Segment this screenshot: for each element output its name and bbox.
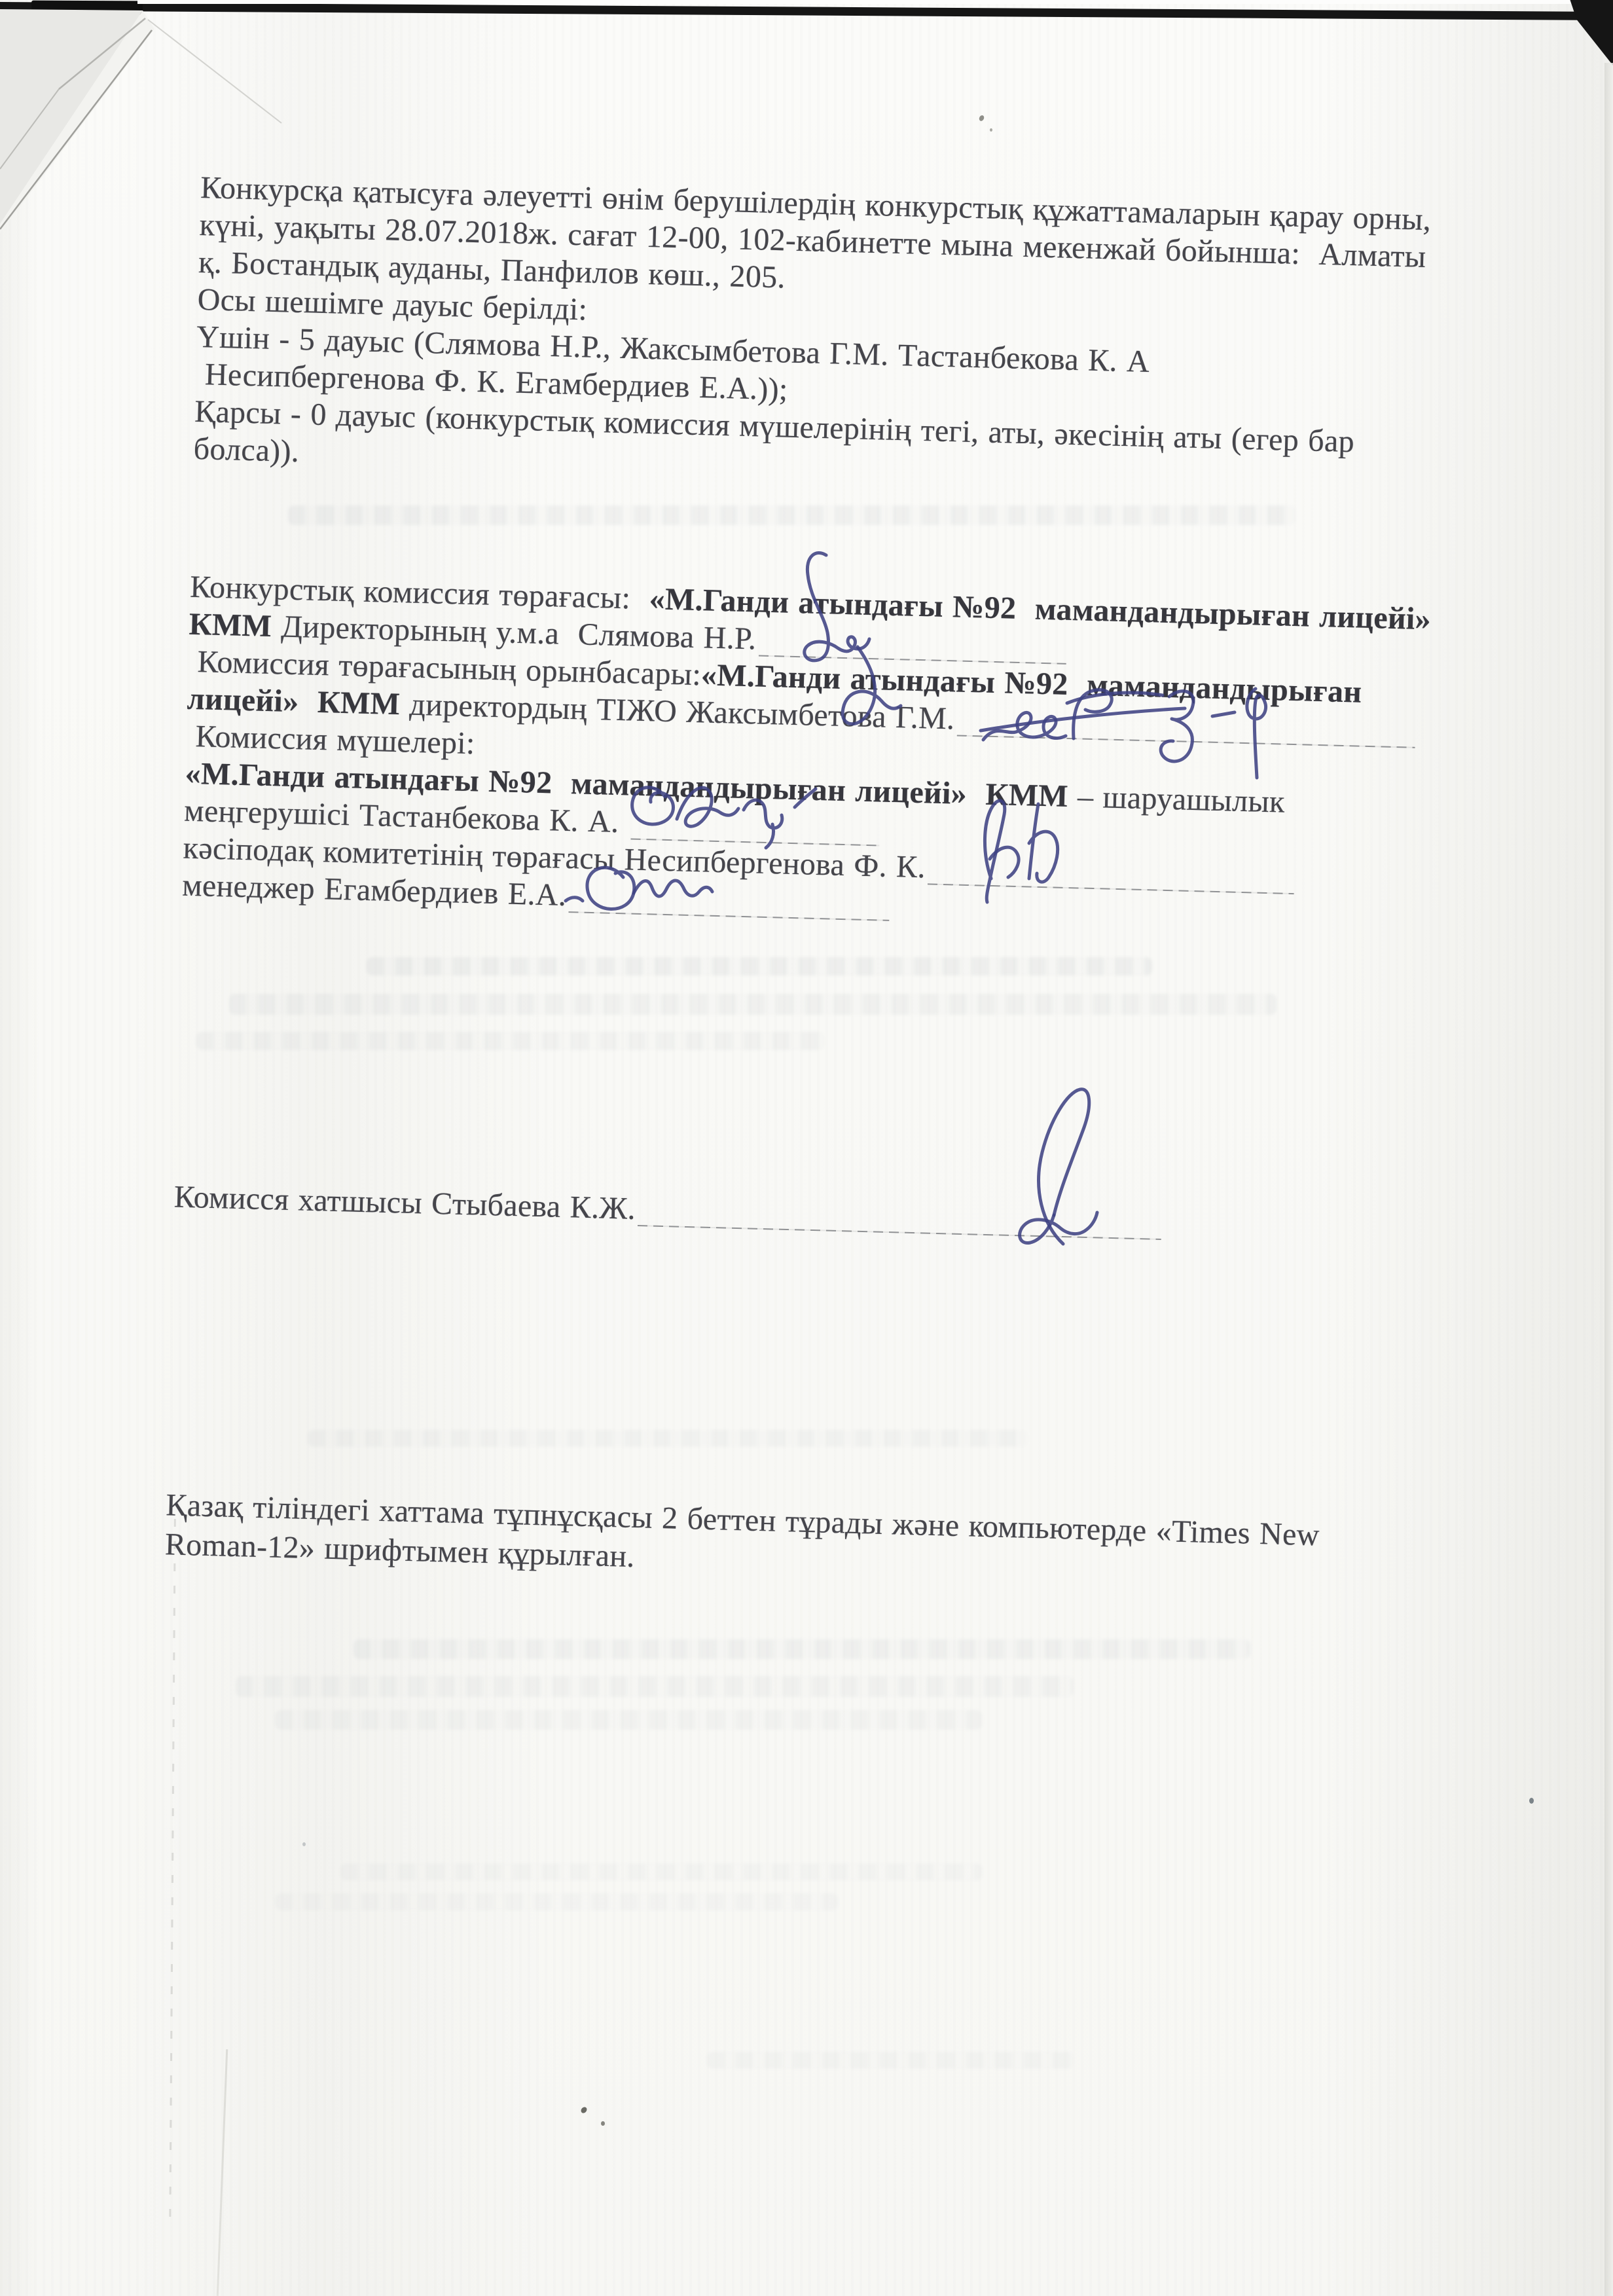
scan-right-edge-strip	[1604, 63, 1613, 2296]
paragraph-intro: Конкурсқа қатысуға әлеуетті өнім берушіл…	[193, 169, 1568, 503]
scan-speck	[601, 2121, 605, 2126]
text-run: менеджер Егамбердиев Е.А.	[182, 868, 567, 913]
bleed-through-band	[236, 1676, 1074, 1697]
bleed-through-band	[275, 1710, 982, 1730]
text-run-bold: лицейі» КММ	[187, 682, 401, 722]
bleed-through-band	[275, 1893, 838, 1910]
signature-stybaeva	[957, 1079, 1153, 1262]
scan-speck	[990, 128, 992, 132]
scanned-document-page: Конкурсқа қатысуға әлеуетті өнім берушіл…	[0, 0, 1613, 2296]
signature-egamberdiev	[560, 837, 731, 935]
signature-slyamova	[766, 549, 962, 784]
scan-speck	[1529, 1798, 1534, 1804]
secretary-line: Комисся хатшысы Стыбаева К.Ж.	[173, 1178, 1542, 1251]
scan-speck	[302, 1842, 306, 1846]
text-run: Комисся хатшысы Стыбаева К.Ж.	[173, 1179, 636, 1226]
text-run: Комиссия мүшелері:	[186, 719, 476, 761]
text-run-bold: КММ	[189, 607, 272, 644]
text-run: болса)).	[193, 431, 300, 469]
document-text: Конкурсқа қатысуға әлеуетті өнім берушіл…	[164, 169, 1568, 1600]
bleed-through-band	[340, 1863, 982, 1880]
bleed-through-band	[707, 2052, 1074, 2069]
bleed-through-band	[353, 1639, 1250, 1659]
signature-nesipbergenova	[957, 780, 1101, 911]
